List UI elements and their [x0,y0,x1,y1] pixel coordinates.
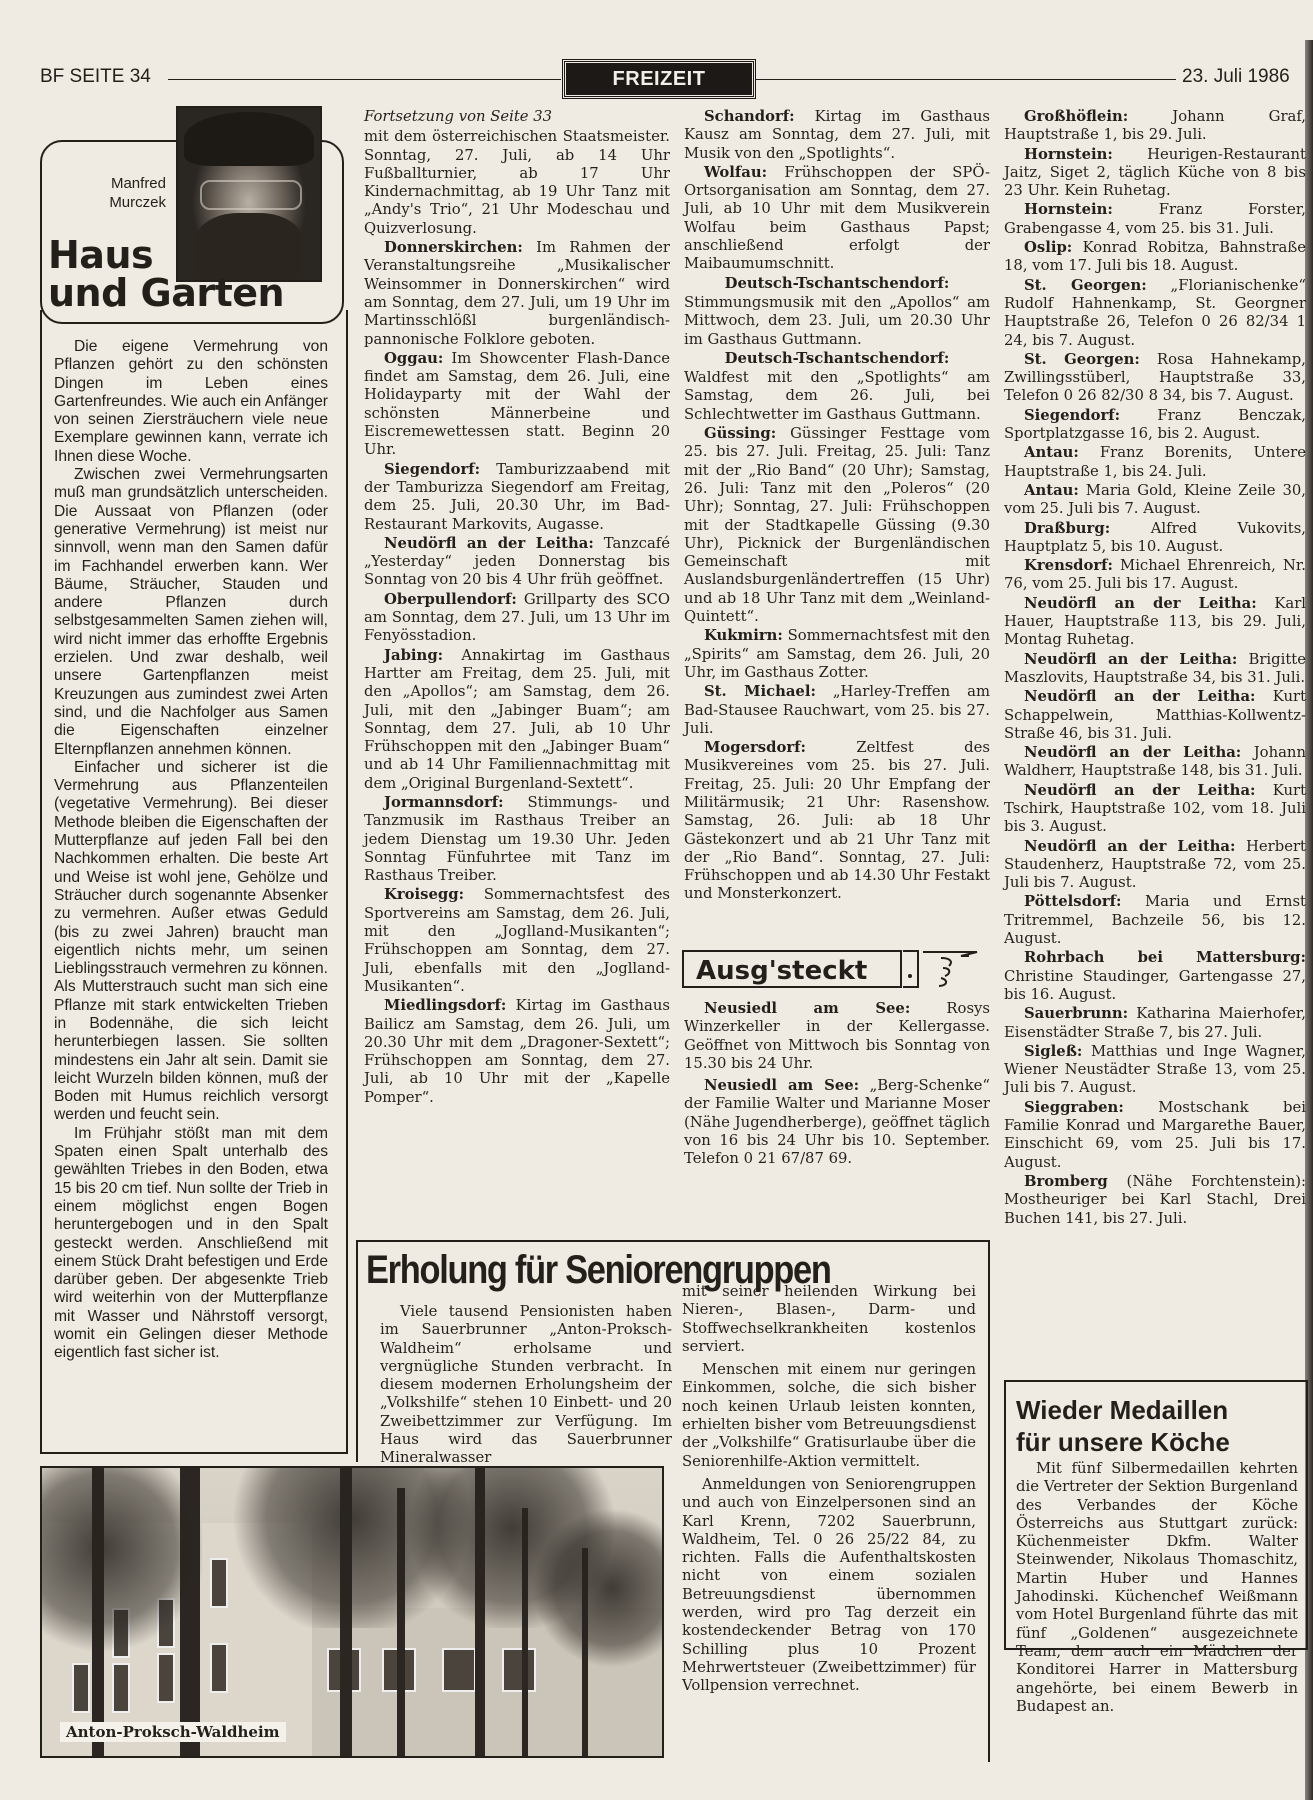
wine-tavern-entry: Pöttelsdorf: Maria und Ernst Tritremmel,… [1004,893,1306,948]
wine-tavern-entry: Neusiedl am See: Rosys Winzerkeller in d… [684,1000,990,1073]
paragraph: Viele tausend Pensionisten haben im Saue… [380,1303,672,1468]
event-entry: Oberpullendorf: Grillparty des SCO am So… [364,591,670,646]
wine-tavern-entry: Oslip: Konrad Robitza, Bahnstraße 18, vo… [1004,239,1306,276]
wine-tavern-entry: Neudörfl an der Leitha: Johann Waldherr,… [1004,744,1306,781]
event-intro: mit dem österreichischen Staatsmeister. … [364,128,670,238]
medal-article-body: Mit fünf Silbermedaillen kehrten die Ver… [1016,1460,1298,1717]
event-entry: Mogersdorf: Zeltfest des Musikvereines v… [684,739,990,904]
ausgsteckt-entries: Neusiedl am See: Rosys Winzerkeller in d… [684,1000,990,1170]
event-entry: Wolfau: Frühschoppen der SPÖ-Ortsorganis… [684,164,990,274]
wine-tavern-entry: Hornstein: Heurigen-Restaurant Jaitz, Si… [1004,146,1306,201]
paragraph: Zwischen zwei Vermehrungsarten muß man g… [54,466,328,759]
ausgsteckt-marker [903,950,919,988]
events-column-3: Schandorf: Kirtag im Gasthaus Kausz am S… [684,108,990,905]
wine-tavern-entry: Draßburg: Alfred Vukovits, Hauptplatz 5,… [1004,520,1306,557]
continuation-note: Fortsetzung von Seite 33 [364,108,670,126]
wine-tavern-entry: Hornstein: Franz Forster, Grabengasse 4,… [1004,201,1306,238]
senior-article-col1: Viele tausend Pensionisten haben im Saue… [380,1303,672,1469]
wine-tavern-entry: Antau: Franz Borenits, Untere Hauptstraß… [1004,444,1306,481]
wine-tavern-entry: Neudörfl an der Leitha: Brigitte Maszlov… [1004,651,1306,688]
event-entry: Kukmirn: Sommernachtsfest mit den „Spiri… [684,627,990,682]
event-entry: Donnerskirchen: Im Rahmen der Veranstalt… [364,239,670,349]
paragraph: Im Frühjahr stößt man mit dem Spaten ein… [54,1125,328,1363]
wine-tavern-entry: Neudörfl an der Leitha: Kurt Tschirk, Ha… [1004,782,1306,837]
header-rule-left [168,79,561,80]
garden-article-body: Die eigene Vermehrung von Pflanzen gehör… [54,338,328,1363]
issue-date: 23. Juli 1986 [1182,66,1290,88]
ausgsteckt-heading: Ausg'steckt [682,950,902,988]
column-title: Haus und Garten [48,236,284,312]
medal-article-headline: Wieder Medaillen für unsere Köche [1016,1394,1230,1458]
event-entry: Jormannsdorf: Stimmungs- und Tanzmusik i… [364,794,670,885]
wine-tavern-entry: Neudörfl an der Leitha: Karl Hauer, Haup… [1004,595,1306,650]
event-entry: St. Michael: „Harley-Treffen am Bad-Stau… [684,683,990,738]
wine-tavern-entry: Krensdorf: Michael Ehrenreich, Nr. 76, v… [1004,557,1306,594]
event-place-heading: Deutsch-Tschantschendorf: [684,350,990,368]
event-place-heading: Deutsch-Tschantschendorf: [684,275,990,293]
wine-tavern-entry: Neudörfl an der Leitha: Herbert Staudenh… [1004,838,1306,893]
wine-tavern-entry: Sauerbrunn: Katharina Maierhofer, Eisens… [1004,1005,1306,1042]
paragraph: Anmeldungen von Seniorengruppen und auch… [682,1476,976,1696]
paragraph: Die eigene Vermehrung von Pflanzen gehör… [54,338,328,466]
wine-tavern-entry: Neusiedl am See: „Berg-Schenke“ der Fami… [684,1077,990,1168]
wine-tavern-entry: Antau: Maria Gold, Kleine Zeile 30, vom … [1004,482,1306,519]
event-entry: Waldfest mit den „Spotlights“ am Samstag… [684,369,990,424]
paragraph: Menschen mit einem nur geringen Einkomme… [682,1361,976,1471]
wine-tavern-entry: St. Georgen: „Florianischenke“ Rudolf Ha… [1004,277,1306,350]
paragraph: mit seiner heilenden Wirkung bei Nieren-… [682,1283,976,1356]
wine-tavern-entry: Siegendorf: Franz Benczak, Sportplatzgas… [1004,407,1306,444]
senior-article-frame-left [356,1240,358,1462]
photo-caption: Anton-Proksch-Waldheim [60,1722,286,1742]
wine-tavern-entry: St. Georgen: Rosa Hahnekamp, Zwillingsst… [1004,351,1306,406]
event-entry: Kroisegg: Sommernachtsfest des Sportvere… [364,886,670,996]
paragraph: Einfacher und sicherer ist die Vermehrun… [54,759,328,1125]
events-column-2: Fortsetzung von Seite 33 mit dem österre… [364,108,670,1108]
wine-tavern-entry: Sigleß: Matthias und Inge Wagner, Wiener… [1004,1043,1306,1098]
waldheim-photo: Anton-Proksch-Waldheim [40,1466,664,1758]
ausgsteckt-column-4: Großhöflein: Johann Graf, Hauptstraße 1,… [1004,108,1306,1229]
wine-tavern-entry: Rohrbach bei Mattersburg: Christine Stau… [1004,949,1306,1004]
paragraph: Mit fünf Silbermedaillen kehrten die Ver… [1016,1460,1298,1716]
pointing-hand-icon [921,948,981,990]
section-label: FREIZEIT [563,60,755,98]
event-entry: Stimmungsmusik mit den „Apollos“ am Mitt… [684,294,990,349]
event-entry: Neudörfl an der Leitha: Tanzcafé „Yester… [364,535,670,590]
event-entry: Miedlingsdorf: Kirtag im Gasthaus Bailic… [364,997,670,1107]
wine-tavern-entry: Sieggraben: Mostschank bei Familie Konra… [1004,1099,1306,1172]
event-entry: Jabing: Annakirtag im Gasthaus Hartter a… [364,647,670,793]
event-entry: Oggau: Im Showcenter Flash-Dance findet … [364,350,670,460]
wine-tavern-entry: Bromberg (Nähe Forchtenstein): Mostheuri… [1004,1173,1306,1228]
page-number: BF SEITE 34 [40,66,151,88]
event-entry: Güssing: Güssinger Festtage vom 25. bis … [684,425,990,626]
author-name: Manfred Murczek [90,174,166,212]
senior-article-col2: mit seiner heilenden Wirkung bei Nieren-… [682,1283,976,1701]
header-rule-right [756,79,1176,80]
event-entry: Schandorf: Kirtag im Gasthaus Kausz am S… [684,108,990,163]
wine-tavern-entry: Großhöflein: Johann Graf, Hauptstraße 1,… [1004,108,1306,145]
event-entry: Siegendorf: Tamburizzaabend mit der Tamb… [364,461,670,534]
wine-tavern-entry: Neudörfl an der Leitha: Kurt Schappelwei… [1004,688,1306,743]
